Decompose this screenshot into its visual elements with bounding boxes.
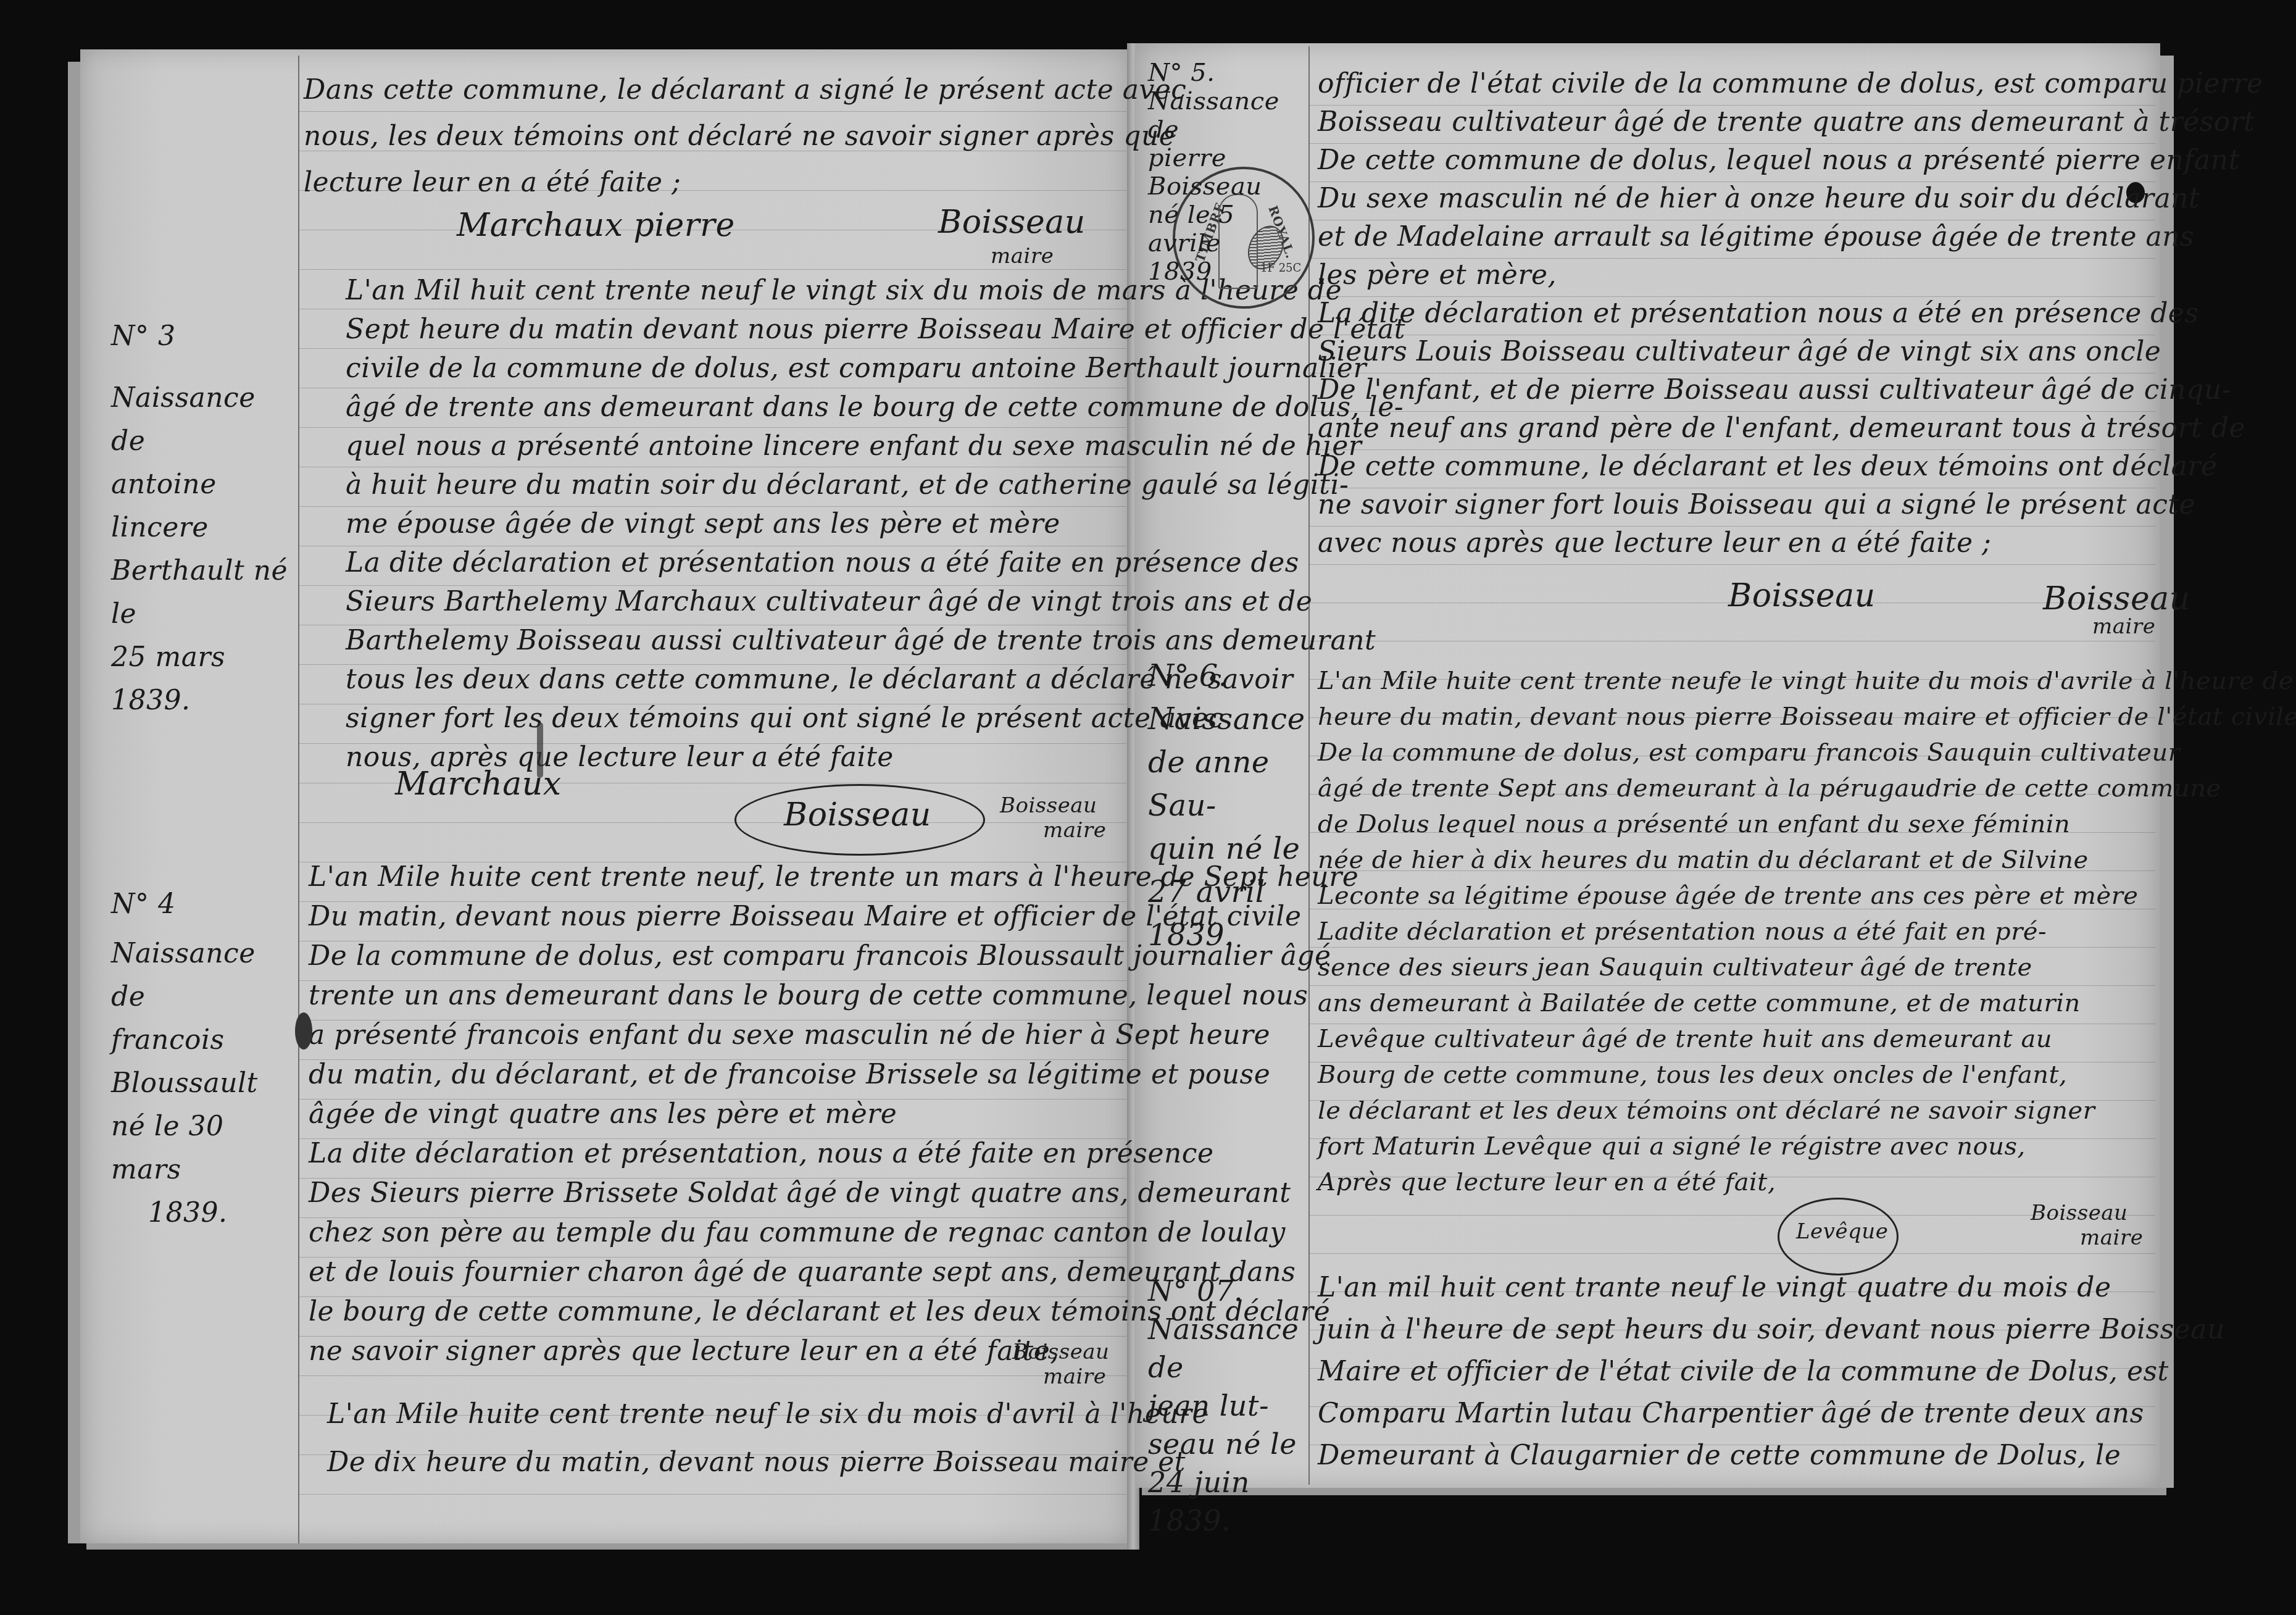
text-line: Ladite déclaration et présentation nous … [1318,917,2047,946]
ruled-line [1310,1215,2155,1216]
mayor-title: maire [2080,1225,2143,1250]
text-line: quel nous a présenté antoine lincere enf… [346,430,1362,462]
entry-number: N° 3 [111,315,290,358]
entry-birth-date: 1839 [1148,257,1315,286]
ruled-line [1310,1024,2155,1024]
entry-title: Naissance de [1148,1310,1308,1387]
entry-title: Naissance de [1148,87,1315,144]
entry-child-name-cont: Berthault né le [111,549,290,636]
ruled-line [1310,449,2155,450]
text-line: Sieurs Louis Boisseau cultivateur âgé de… [1318,336,2161,367]
text-line: et de Madelaine arrault sa légitime épou… [1318,221,2194,252]
left-page-edge [68,62,80,1543]
entry-number: N° 07. [1148,1272,1308,1310]
text-line: Sept heure du matin devant nous pierre B… [346,314,1405,345]
text-line: les père et mère, [1318,259,1557,291]
ruled-line [1310,220,2155,220]
text-line: ne savoir signer fort louis Boisseau qui… [1318,489,2195,520]
entry-5-margin-note: N° 5. Naissance de pierre Boisseau né le… [1148,59,1315,286]
right-page-edge [2160,56,2174,1488]
entry-6-margin-note: N° 6. Naissance de anne Sau- quin né le … [1148,654,1308,957]
entry-child-name-cont: seau né le [1148,1425,1308,1463]
ruled-line [1310,488,2155,488]
text-line: Du sexe masculin né de hier à onze heure… [1318,183,2200,214]
ruled-line [299,309,1126,309]
text-line: De cette commune, le déclarant et les de… [1318,451,2218,482]
ruled-line [1310,641,2155,641]
text-line: Maire et officier de l'état civile de la… [1318,1356,2169,1387]
text-line: De la commune de dolus, est comparu fran… [1318,738,2180,767]
text-line: à huit heure du matin soir du déclarant,… [346,469,1349,501]
ruled-line [299,822,1126,823]
entry-number: N° 5. [1148,59,1315,87]
entry-birth-date: 25 mars 1839. [111,636,290,722]
text-line: a présenté francois enfant du sexe mascu… [309,1019,1270,1051]
flourish-signature: Boisseau [784,796,931,833]
text-line: chez son père au temple du fau commune d… [309,1217,1286,1248]
mayor-signature: Boisseau [1000,793,1097,818]
text-line: Dans cette commune, le déclarant a signé… [304,74,1187,106]
text-line: Demeurant à Claugarnier de cette commune… [1318,1440,2121,1471]
text-line: lecture leur en a été faite ; [304,167,681,198]
entry-child-name-cont: né le 5 avrile [1148,201,1315,257]
ruled-line [299,388,1126,388]
text-line: Des Sieurs pierre Brissete Soldat âgé de… [309,1177,1291,1209]
text-line: née de hier à dix heures du matin du déc… [1318,846,2089,874]
text-line: Levêque cultivateur âgé de trente huit a… [1318,1025,2052,1053]
text-line: L'an Mile huite cent trente neufe le vin… [1318,667,2296,695]
ruled-line [1310,373,2155,373]
entry-title: Naissance de [111,932,296,1019]
text-line: civile de la commune de dolus, est compa… [346,353,1366,384]
entry-child-name: de anne Sau- [1148,741,1308,827]
text-line: le déclarant et les deux témoins ont déc… [1318,1096,2095,1125]
text-line: ante neuf ans grand père de l'enfant, de… [1318,412,2245,444]
ruled-line [299,427,1126,428]
ruled-line [1310,258,2155,259]
text-line: Comparu Martin lutau Charpentier âgé de … [1318,1398,2144,1429]
text-line: du matin, du déclarant, et de francoise … [309,1059,1270,1090]
text-line: La dite déclaration et présentation nous… [346,547,1299,578]
ruled-line [299,467,1126,467]
entry-child-name: francois Bloussault [111,1019,296,1105]
text-line: âgé de trente ans demeurant dans le bour… [346,391,1404,423]
text-line: fort Maturin Levêque qui a signé le régi… [1318,1132,2026,1161]
text-line: avec nous après que lecture leur en a ét… [1318,527,1991,559]
text-line: Leconte sa légitime épouse âgée de trent… [1318,882,2139,910]
entry-birth-date: 1839. [111,1191,296,1235]
text-line: juin à l'heure de sept heurs du soir, de… [1318,1314,2225,1345]
ruled-line [1310,105,2155,106]
left-page-bottom-edge [86,1543,1129,1550]
entry-number: N° 4 [111,883,296,926]
ruled-line [1310,143,2155,144]
text-line: trente un ans demeurant dans le bourg de… [309,980,1308,1011]
entry-child-name-cont: né le 30 mars [111,1105,296,1191]
mayor-title: maire [2092,614,2155,639]
entry-child-name: pierre Boisseau [1148,144,1315,201]
ruled-line [1310,564,2155,565]
text-line: De l'enfant, et de pierre Boisseau aussi… [1318,374,2231,406]
witness-signature: Marchaux pierre [457,207,735,244]
witness-signature: Levêque [1796,1219,1888,1244]
text-line: heure du matin, devant nous pierre Boiss… [1318,703,2296,731]
ink-smear [537,722,543,778]
ruled-line [299,1494,1126,1495]
ruled-line [1310,985,2155,986]
entry-birth-date: 24 juin 1839. [1148,1463,1308,1540]
entry-birth-date: 27 avril 1839. [1148,870,1308,957]
ruled-line [299,1375,1126,1376]
ink-blot [295,1012,312,1050]
entry-title: Naissance de [111,377,290,463]
ruled-line [299,111,1126,112]
text-line: officier de l'état civile de la commune … [1318,68,2263,99]
text-line: L'an mil huit cent trante neuf le vingt … [1318,1272,2111,1303]
ruled-line [1310,296,2155,297]
entry-7-margin-note: N° 07. Naissance de jean lut- seau né le… [1148,1272,1308,1540]
text-line: sence des sieurs jean Sauquin cultivateu… [1318,953,2032,982]
mayor-signature: Boisseau [1012,1340,1110,1364]
text-line: L'an Mile huite cent trente neuf le six … [327,1398,1208,1430]
text-line: de Dolus lequel nous a présenté un enfan… [1318,810,2070,838]
text-line: De cette commune de dolus, lequel nous a… [1318,144,2240,176]
entry-title: Naissance [1148,698,1308,741]
mayor-signature: Boisseau [938,204,1086,241]
entry-child-name-cont: quin né le [1148,827,1308,870]
entry-child-name: jean lut- [1148,1387,1308,1425]
mayor-signature: Boisseau [2031,1201,2128,1225]
text-line: Bourg de cette commune, tous les deux on… [1318,1061,2067,1089]
text-line: Barthelemy Boisseau aussi cultivateur âg… [346,625,1376,656]
ruled-line [299,546,1126,546]
entry-child-name: antoine lincere [111,463,290,549]
ruled-line [1310,947,2155,948]
text-line: signer fort les deux témoins qui ont sig… [346,703,1224,734]
text-line: me épouse âgée de vingt sept ans les pèr… [346,508,1060,540]
ruled-line [299,348,1126,349]
mayor-title: maire [1043,1364,1106,1389]
witness-signature: Boisseau [1728,577,1876,614]
mayor-title: maire [1043,818,1106,843]
mayor-title: maire [991,244,1054,269]
ruled-line [299,506,1126,507]
ruled-line [1310,1253,2155,1254]
text-line: âgée de vingt quatre ans les père et mèr… [309,1098,897,1130]
mayor-signature: Boisseau [2043,580,2190,617]
entry-3-margin-note: N° 3 Naissance de antoine lincere Bertha… [111,315,290,722]
entry-number: N° 6. [1148,654,1308,698]
ruled-line [1310,182,2155,182]
text-line: La dite déclaration et présentation nous… [1318,298,2198,329]
text-line: Boisseau cultivateur âgé de trente quatr… [1318,106,2255,138]
text-line: Sieurs Barthelemy Marchaux cultivateur â… [346,586,1312,617]
left-margin-rule [298,56,299,1543]
ruled-line [1310,526,2155,527]
text-line: La dite déclaration et présentation, nou… [309,1138,1213,1169]
text-line: De dix heure du matin, devant nous pierr… [327,1446,1186,1478]
entry-4-margin-note: N° 4 Naissance de francois Bloussault né… [111,883,296,1235]
ruled-line [299,269,1126,270]
ruled-line [1310,335,2155,335]
text-line: Après que lecture leur en a été fait, [1318,1168,1776,1196]
ruled-line [1310,411,2155,412]
text-line: ans demeurant à Bailatée de cette commun… [1318,989,2081,1017]
text-line: ne savoir signer après que lecture leur … [309,1335,1059,1367]
text-line: âgé de trente Sept ans demeurant à la pé… [1318,774,2221,803]
text-line: nous, les deux témoins ont déclaré ne sa… [304,120,1175,152]
